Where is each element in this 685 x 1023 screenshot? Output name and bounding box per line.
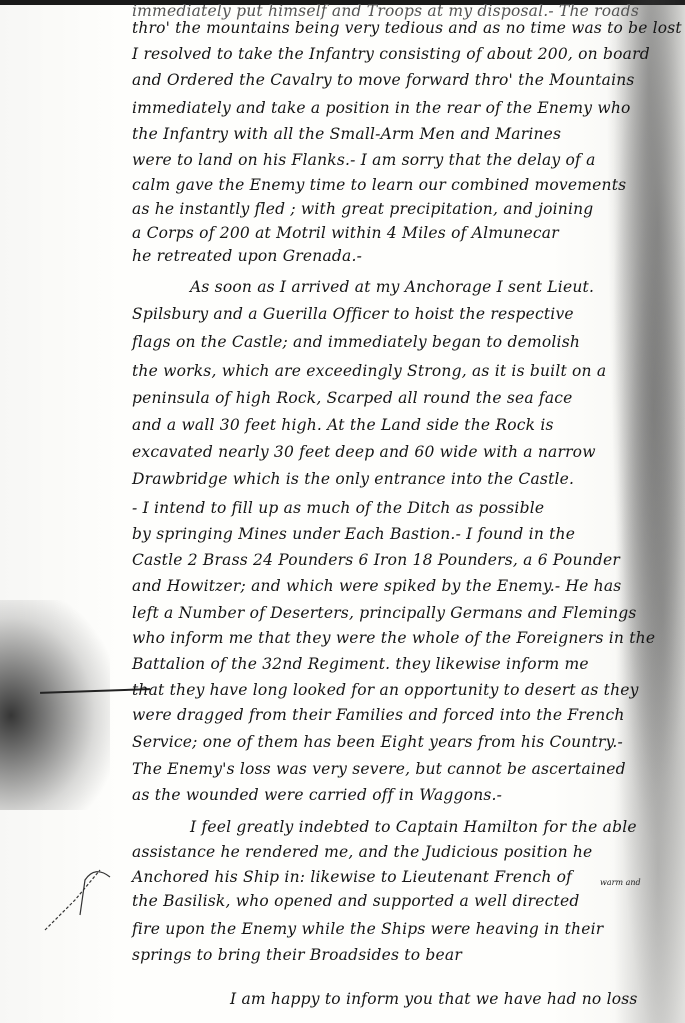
manuscript-line: flags on the Castle; and immediately beg… — [132, 333, 580, 351]
manuscript-line: as the wounded were carried off in Waggo… — [132, 786, 502, 804]
interlinear-insertion: warm and — [600, 878, 641, 887]
manuscript-line: I resolved to take the Infantry consisti… — [132, 45, 650, 63]
manuscript-line: immediately and take a position in the r… — [132, 99, 631, 117]
manuscript-line: Spilsbury and a Guerilla Officer to hois… — [132, 305, 574, 323]
manuscript-line: the works, which are exceedingly Strong,… — [132, 362, 606, 380]
manuscript-line: that they have long looked for an opport… — [132, 681, 639, 699]
manuscript-line: - I intend to fill up as much of the Dit… — [132, 499, 544, 517]
manuscript-line: Drawbridge which is the only entrance in… — [132, 470, 574, 488]
margin-cross-mark-icon — [40, 855, 120, 935]
ink-smudge — [0, 600, 110, 810]
manuscript-line: I feel greatly indebted to Captain Hamil… — [190, 818, 637, 836]
manuscript-line: Castle 2 Brass 24 Pounders 6 Iron 18 Pou… — [132, 551, 620, 569]
manuscript-line: by springing Mines under Each Bastion.- … — [132, 525, 575, 543]
manuscript-line: as he instantly fled ; with great precip… — [132, 200, 593, 218]
manuscript-line: assistance he rendered me, and the Judic… — [132, 843, 592, 861]
manuscript-line: a Corps of 200 at Motril within 4 Miles … — [132, 224, 559, 242]
manuscript-line: springs to bring their Broadsides to bea… — [132, 946, 462, 964]
manuscript-line: the Infantry with all the Small-Arm Men … — [132, 125, 561, 143]
scan-grime-right-edge — [595, 0, 685, 1023]
manuscript-line: and Howitzer; and which were spiked by t… — [132, 577, 621, 595]
manuscript-line: Anchored his Ship in: likewise to Lieute… — [132, 868, 572, 886]
manuscript-line: Battalion of the 32nd Regiment. they lik… — [132, 655, 589, 673]
manuscript-line: and a wall 30 feet high. At the Land sid… — [132, 416, 554, 434]
manuscript-line: immediately put himself and Troops at my… — [132, 2, 639, 20]
manuscript-line: Service; one of them has been Eight year… — [132, 733, 623, 751]
manuscript-line: fire upon the Enemy while the Ships were… — [132, 920, 603, 938]
manuscript-line: peninsula of high Rock, Scarped all roun… — [132, 389, 573, 407]
manuscript-line: calm gave the Enemy time to learn our co… — [132, 176, 626, 194]
manuscript-line: As soon as I arrived at my Anchorage I s… — [190, 278, 594, 296]
manuscript-line: thro' the mountains being very tedious a… — [132, 19, 682, 37]
manuscript-line: who inform me that they were the whole o… — [132, 629, 655, 647]
manuscript-line: the Basilisk, who opened and supported a… — [132, 892, 579, 910]
manuscript-line: were dragged from their Families and for… — [132, 706, 625, 724]
manuscript-line: left a Number of Deserters, principally … — [132, 604, 637, 622]
manuscript-page: immediately put himself and Troops at my… — [0, 0, 685, 1023]
manuscript-line: and Ordered the Cavalry to move forward … — [132, 71, 635, 89]
manuscript-line: The Enemy's loss was very severe, but ca… — [132, 760, 626, 778]
manuscript-line: excavated nearly 30 feet deep and 60 wid… — [132, 443, 596, 461]
manuscript-line: were to land on his Flanks.- I am sorry … — [132, 151, 596, 169]
manuscript-line: I am happy to inform you that we have ha… — [230, 990, 638, 1008]
manuscript-line: he retreated upon Grenada.- — [132, 247, 362, 265]
